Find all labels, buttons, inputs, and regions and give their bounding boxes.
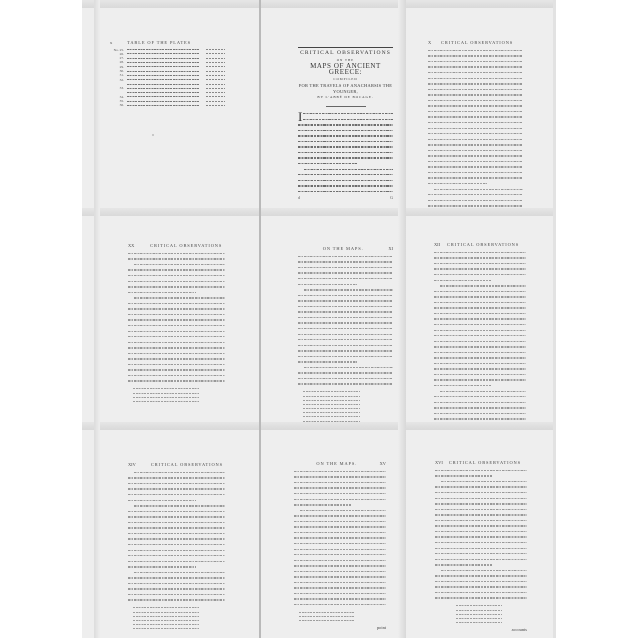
running-head: x TABLE OF THE PLATES	[110, 40, 225, 46]
drop-cap: I	[298, 111, 302, 122]
text-page: ON THE MAPS. xi * Wheler's Journey, book…	[298, 246, 393, 422]
body-text	[435, 468, 527, 601]
signature-line: d G	[298, 195, 393, 201]
running-head-title: CRITICAL OBSERVATIONS	[449, 460, 521, 466]
running-head-title: TABLE OF THE PLATES	[127, 40, 191, 46]
body-text	[428, 48, 523, 208]
body-text	[298, 254, 393, 387]
running-head-title: CRITICAL OBSERVATIONS	[151, 462, 223, 468]
page-thumbnail-3[interactable]: x CRITICAL OBSERVATIONS * Ingenieur des …	[408, 0, 556, 208]
title-compiled: COMPILED	[298, 77, 393, 83]
page-number: xvi	[435, 460, 443, 466]
body-text	[128, 470, 225, 603]
title-line-1: CRITICAL OBSERVATIONS	[298, 51, 393, 57]
page-thumbnail-7[interactable]: xiv CRITICAL OBSERVATIONS * D'Anville, A…	[82, 422, 225, 638]
body-text	[434, 250, 526, 422]
running-head: xiv CRITICAL OBSERVATIONS	[128, 462, 225, 468]
running-head-title: CRITICAL OBSERVATIONS	[447, 242, 519, 248]
signature-mark: d	[298, 195, 300, 201]
running-head-title: ON THE MAPS.	[316, 461, 357, 467]
running-head: xvi CRITICAL OBSERVATIONS	[435, 460, 527, 466]
text-page: xii CRITICAL OBSERVATIONS ping	[434, 242, 526, 422]
footnotes: * Journal de Voyages, à la Cote de la Re…	[128, 387, 225, 404]
running-head: xx CRITICAL OBSERVATIONS	[128, 243, 225, 249]
opening-paragraph: I In geography, when a map is copied fro…	[298, 111, 393, 194]
page-thumbnail-9[interactable]: xvi CRITICAL OBSERVATIONS * Pausan. lib.…	[408, 422, 556, 638]
footnotes: * Bellin, ibid. p. 190. † Plin. lib. 4, …	[294, 610, 386, 623]
running-head: ON THE MAPS. xv	[294, 461, 386, 467]
text-page: xvi CRITICAL OBSERVATIONS * Pausan. lib.…	[435, 460, 527, 632]
page-thumbnail-5[interactable]: ON THE MAPS. xi * Wheler's Journey, book…	[225, 208, 408, 422]
text-page: ON THE MAPS. xv * Bellin, ibid. p. 190. …	[294, 461, 386, 630]
title-page: CRITICAL OBSERVATIONS ON THE MAPS OF ANC…	[298, 47, 393, 201]
title-for-travels: FOR THE TRAVELS OF ANACHARSIS THE YOUNGE…	[298, 83, 393, 94]
page-thumbnail-6[interactable]: xii CRITICAL OBSERVATIONS ping	[408, 208, 556, 422]
footnotes: * Wheler's Journey, book vi, p. 443. † I…	[298, 390, 393, 422]
text-page: x CRITICAL OBSERVATIONS * Ingenieur des …	[428, 40, 523, 208]
toc-row: 36.Greek plan of the Kings of Thracepage…	[110, 103, 225, 107]
page-number: xiv	[128, 462, 136, 468]
catchword: point	[294, 625, 386, 631]
text-page: xiv CRITICAL OBSERVATIONS * D'Anville, A…	[128, 462, 225, 631]
running-head: xii CRITICAL OBSERVATIONS	[434, 242, 526, 248]
footnotes: * Pausan. lib. 8, cap. 16, p. 332. † Liv…	[435, 604, 527, 625]
catchword: accounts	[435, 627, 527, 633]
running-head-title: ON THE MAPS.	[323, 246, 364, 252]
footnotes: * D'Anville, Anal. des Côtes de la Grèce…	[128, 606, 225, 631]
page-thumbnail-1[interactable]: x TABLE OF THE PLATES No. 25.Corinthia, …	[82, 0, 225, 208]
title-line-2: MAPS OF ANCIENT GREECE:	[298, 64, 393, 75]
page-number: x	[110, 40, 113, 46]
divider	[326, 106, 366, 107]
page-thumbnail-8[interactable]: ON THE MAPS. xv * Bellin, ibid. p. 190. …	[225, 422, 408, 638]
page-number: xv	[380, 461, 386, 467]
table-of-plates: x TABLE OF THE PLATES No. 25.Corinthia, …	[110, 40, 225, 108]
page-number: xx	[128, 243, 134, 249]
title-block: CRITICAL OBSERVATIONS ON THE MAPS OF ANC…	[298, 47, 393, 107]
catchword: G	[390, 195, 393, 201]
page-number: xi	[388, 246, 393, 252]
title-author: BY L'ABBÉ DE BOCAGE.	[298, 95, 393, 101]
title-rule	[298, 47, 393, 48]
scan-speck	[152, 134, 154, 136]
body-text	[294, 469, 386, 608]
page-grid: x TABLE OF THE PLATES No. 25.Corinthia, …	[82, 0, 556, 638]
body-text	[128, 251, 225, 384]
running-head-title: CRITICAL OBSERVATIONS	[150, 243, 222, 249]
page-number: xii	[434, 242, 440, 248]
page-thumbnail-2[interactable]: CRITICAL OBSERVATIONS ON THE MAPS OF ANC…	[225, 0, 408, 208]
text-page: xx CRITICAL OBSERVATIONS * Journal de Vo…	[128, 243, 225, 403]
page-number: x	[428, 40, 431, 46]
running-head: x CRITICAL OBSERVATIONS	[428, 40, 523, 46]
page-thumbnail-4[interactable]: xx CRITICAL OBSERVATIONS * Journal de Vo…	[82, 208, 225, 422]
running-head: ON THE MAPS. xi	[298, 246, 393, 252]
running-head-title: CRITICAL OBSERVATIONS	[441, 40, 513, 46]
